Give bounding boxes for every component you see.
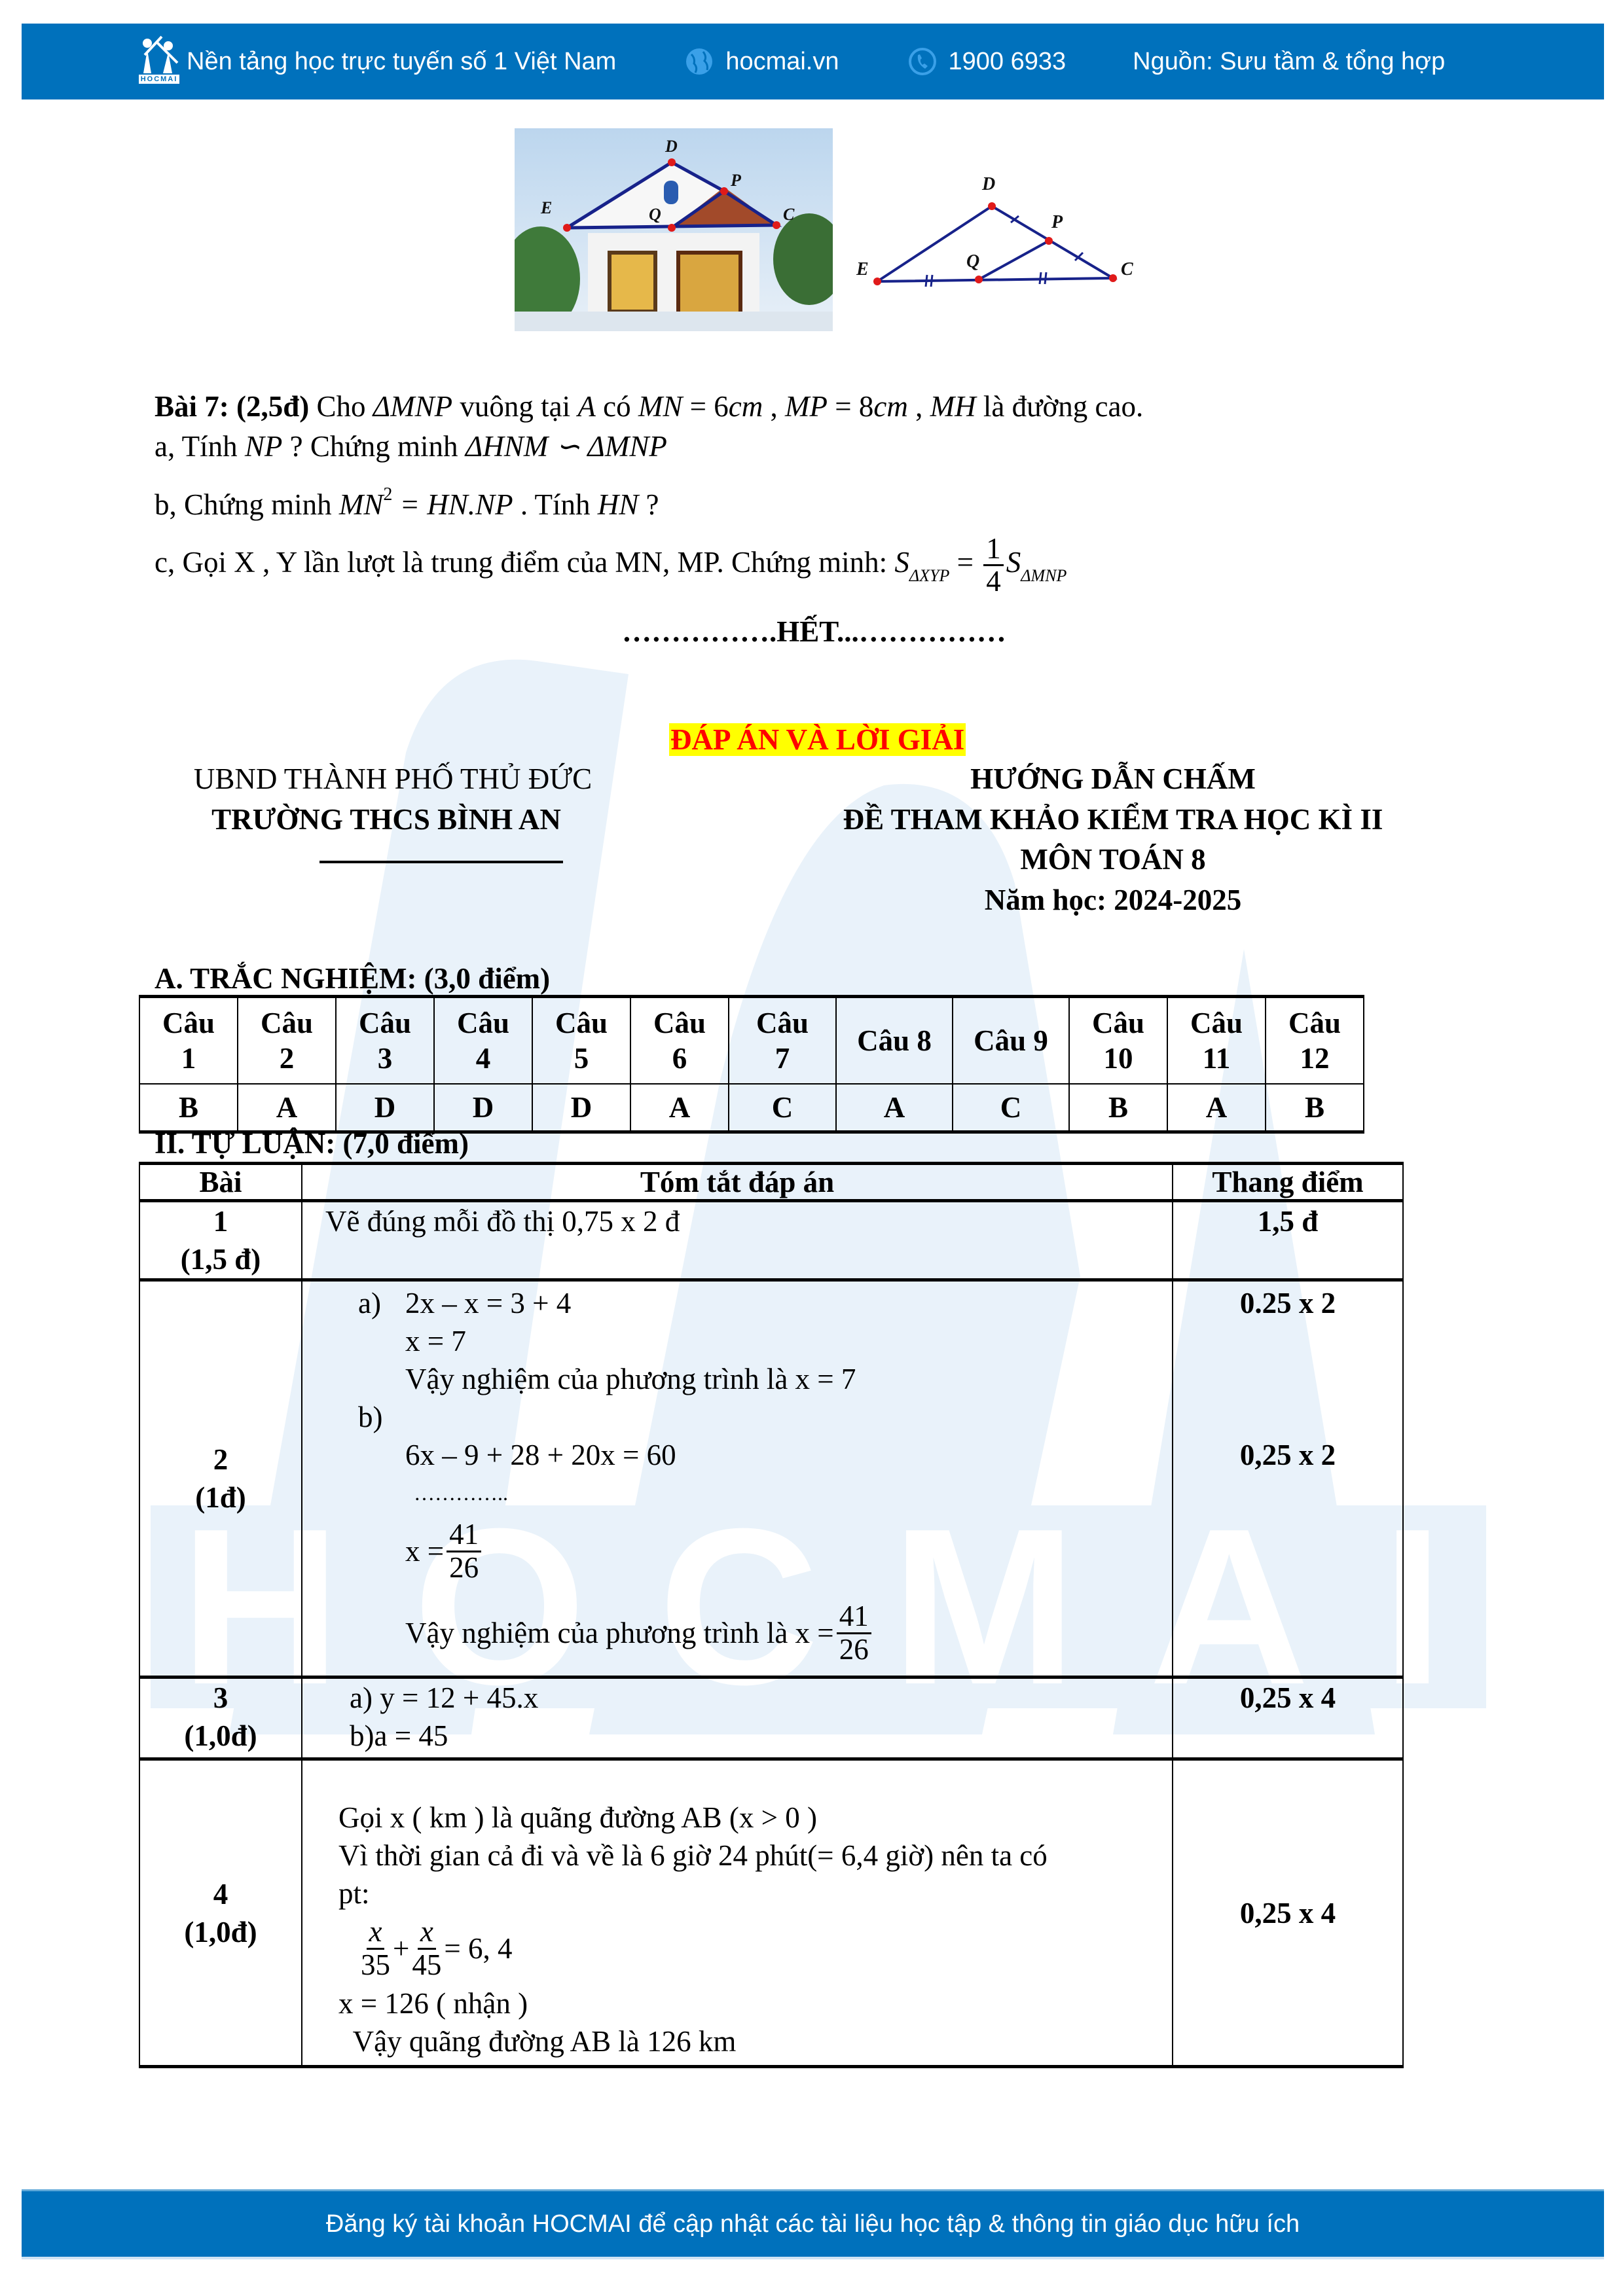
authority-name: UBND THÀNH PHỐ THỦ ĐỨC [151, 762, 635, 797]
mc-answer-7: C [729, 1084, 836, 1132]
phone-icon [908, 45, 937, 78]
mc-question-6: Câu 6 [630, 997, 729, 1085]
mc-question-12: Câu 12 [1266, 997, 1364, 1085]
globe-icon [685, 45, 714, 78]
label-D: D [665, 137, 678, 156]
header-score: Thang điểm [1173, 1164, 1403, 1201]
mc-answer-5: D [532, 1084, 630, 1132]
mc-answer-2: A [238, 1084, 336, 1132]
end-marker: …………….HẾT...…………… [622, 615, 1006, 649]
mc-question-2: Câu 2 [238, 997, 336, 1085]
mc-answer-12: B [1266, 1084, 1364, 1132]
essay-row-3: 3(1,0đ) a) y = 12 + 45.xb)a = 45 0,25 x … [139, 1677, 1403, 1759]
mc-answer-8: A [836, 1084, 953, 1132]
svg-text:Q: Q [966, 251, 979, 272]
problem7-part-c: c, Gọi X , Y lần lượt là trung điểm của … [155, 533, 1067, 598]
essay-row-4: 4(1,0đ) Gọi x ( km ) là quãng đường AB (… [139, 1759, 1403, 2067]
mc-answer-4: D [434, 1084, 532, 1132]
essay-row-1: 1(1,5 đ) Vẽ đúng mỗi đồ thị 0,75 x 2 đ 1… [139, 1201, 1403, 1280]
hocmai-logo-icon: HOCMAI [139, 35, 179, 88]
website-link[interactable]: hocmai.vn [685, 45, 839, 78]
triangle-diagram: DPE QC [851, 170, 1165, 301]
header-bai: Bài [139, 1164, 302, 1201]
mc-answer-10: B [1069, 1084, 1167, 1132]
mc-question-9: Câu 9 [953, 997, 1069, 1085]
problem7-part-b: b, Chứng minh MN2 = HN.NP . Tính HN ? [155, 484, 659, 522]
mc-section-title: A. TRẮC NGHIỆM: (3,0 điểm) [155, 962, 550, 996]
mc-question-8: Câu 8 [836, 997, 953, 1085]
phone-number: 1900 6933 [949, 48, 1067, 76]
mc-question-3: Câu 3 [336, 997, 434, 1085]
svg-text:C: C [1121, 259, 1133, 279]
multiple-choice-table: Câu 1Câu 2Câu 3Câu 4Câu 5Câu 6Câu 7Câu 8… [139, 995, 1364, 1134]
divider-line [319, 861, 563, 863]
header-source: Nguồn: Sưu tầm & tổng hợp [1133, 48, 1445, 76]
school-name: TRƯỜNG THCS BÌNH AN [151, 803, 622, 837]
mc-question-1: Câu 1 [139, 997, 238, 1085]
svg-text:P: P [1051, 212, 1063, 232]
label-E: E [540, 198, 552, 217]
mc-question-5: Câu 5 [532, 997, 630, 1085]
problem7-line1: Bài 7: (2,5đ) Cho ΔMNP vuông tại A có MN… [155, 390, 1143, 424]
footer-text: Đăng ký tài khoản HOCMAI để cập nhật các… [326, 2210, 1300, 2238]
problem7-part-a: a, Tính NP ? Chứng minh ΔHNM ∽ ΔMNP [155, 430, 667, 464]
header-bar: HOCMAI Nền tảng học trực tuyến số 1 Việt… [22, 24, 1604, 99]
answers-title: ĐÁP ÁN VÀ LỜI GIẢI [669, 723, 966, 757]
svg-text:E: E [856, 259, 869, 279]
phone-link[interactable]: 1900 6933 [908, 45, 1067, 78]
exam-title: ĐỀ THAM KHẢO KIỂM TRA HỌC KÌ II [786, 803, 1440, 837]
website-text: hocmai.vn [725, 48, 839, 76]
guide-title: HƯỚNG DẪN CHẤM [786, 762, 1440, 797]
mc-question-7: Câu 7 [729, 997, 836, 1085]
mc-question-10: Câu 10 [1069, 997, 1167, 1085]
mc-answer-1: B [139, 1084, 238, 1132]
mc-answer-11: A [1167, 1084, 1266, 1132]
essay-answer-table: Bài Tóm tắt đáp án Thang điểm 1(1,5 đ) V… [139, 1162, 1404, 2068]
header-summary: Tóm tắt đáp án [302, 1164, 1173, 1201]
mc-question-4: Câu 4 [434, 997, 532, 1085]
label-Q: Q [649, 205, 661, 224]
essay-row-2: 2(1đ) a)2x – x = 3 + 4 x = 7 Vậy nghiệm … [139, 1280, 1403, 1677]
essay-section-title: II. TỰ LUẬN: (7,0 điểm) [155, 1127, 469, 1161]
school-year: Năm học: 2024-2025 [786, 884, 1440, 918]
mc-answer-9: C [953, 1084, 1069, 1132]
footer-bar: Đăng ký tài khoản HOCMAI để cập nhật các… [22, 2189, 1604, 2259]
house-photo-figure: D P E Q C [515, 128, 833, 331]
label-C: C [783, 205, 795, 224]
subject-title: MÔN TOÁN 8 [786, 843, 1440, 877]
mc-answer-6: A [630, 1084, 729, 1132]
svg-text:D: D [981, 174, 995, 194]
mc-question-11: Câu 11 [1167, 997, 1266, 1085]
header-slogan: Nền tảng học trực tuyến số 1 Việt Nam [187, 48, 616, 76]
mc-answer-3: D [336, 1084, 434, 1132]
label-P: P [730, 171, 742, 190]
